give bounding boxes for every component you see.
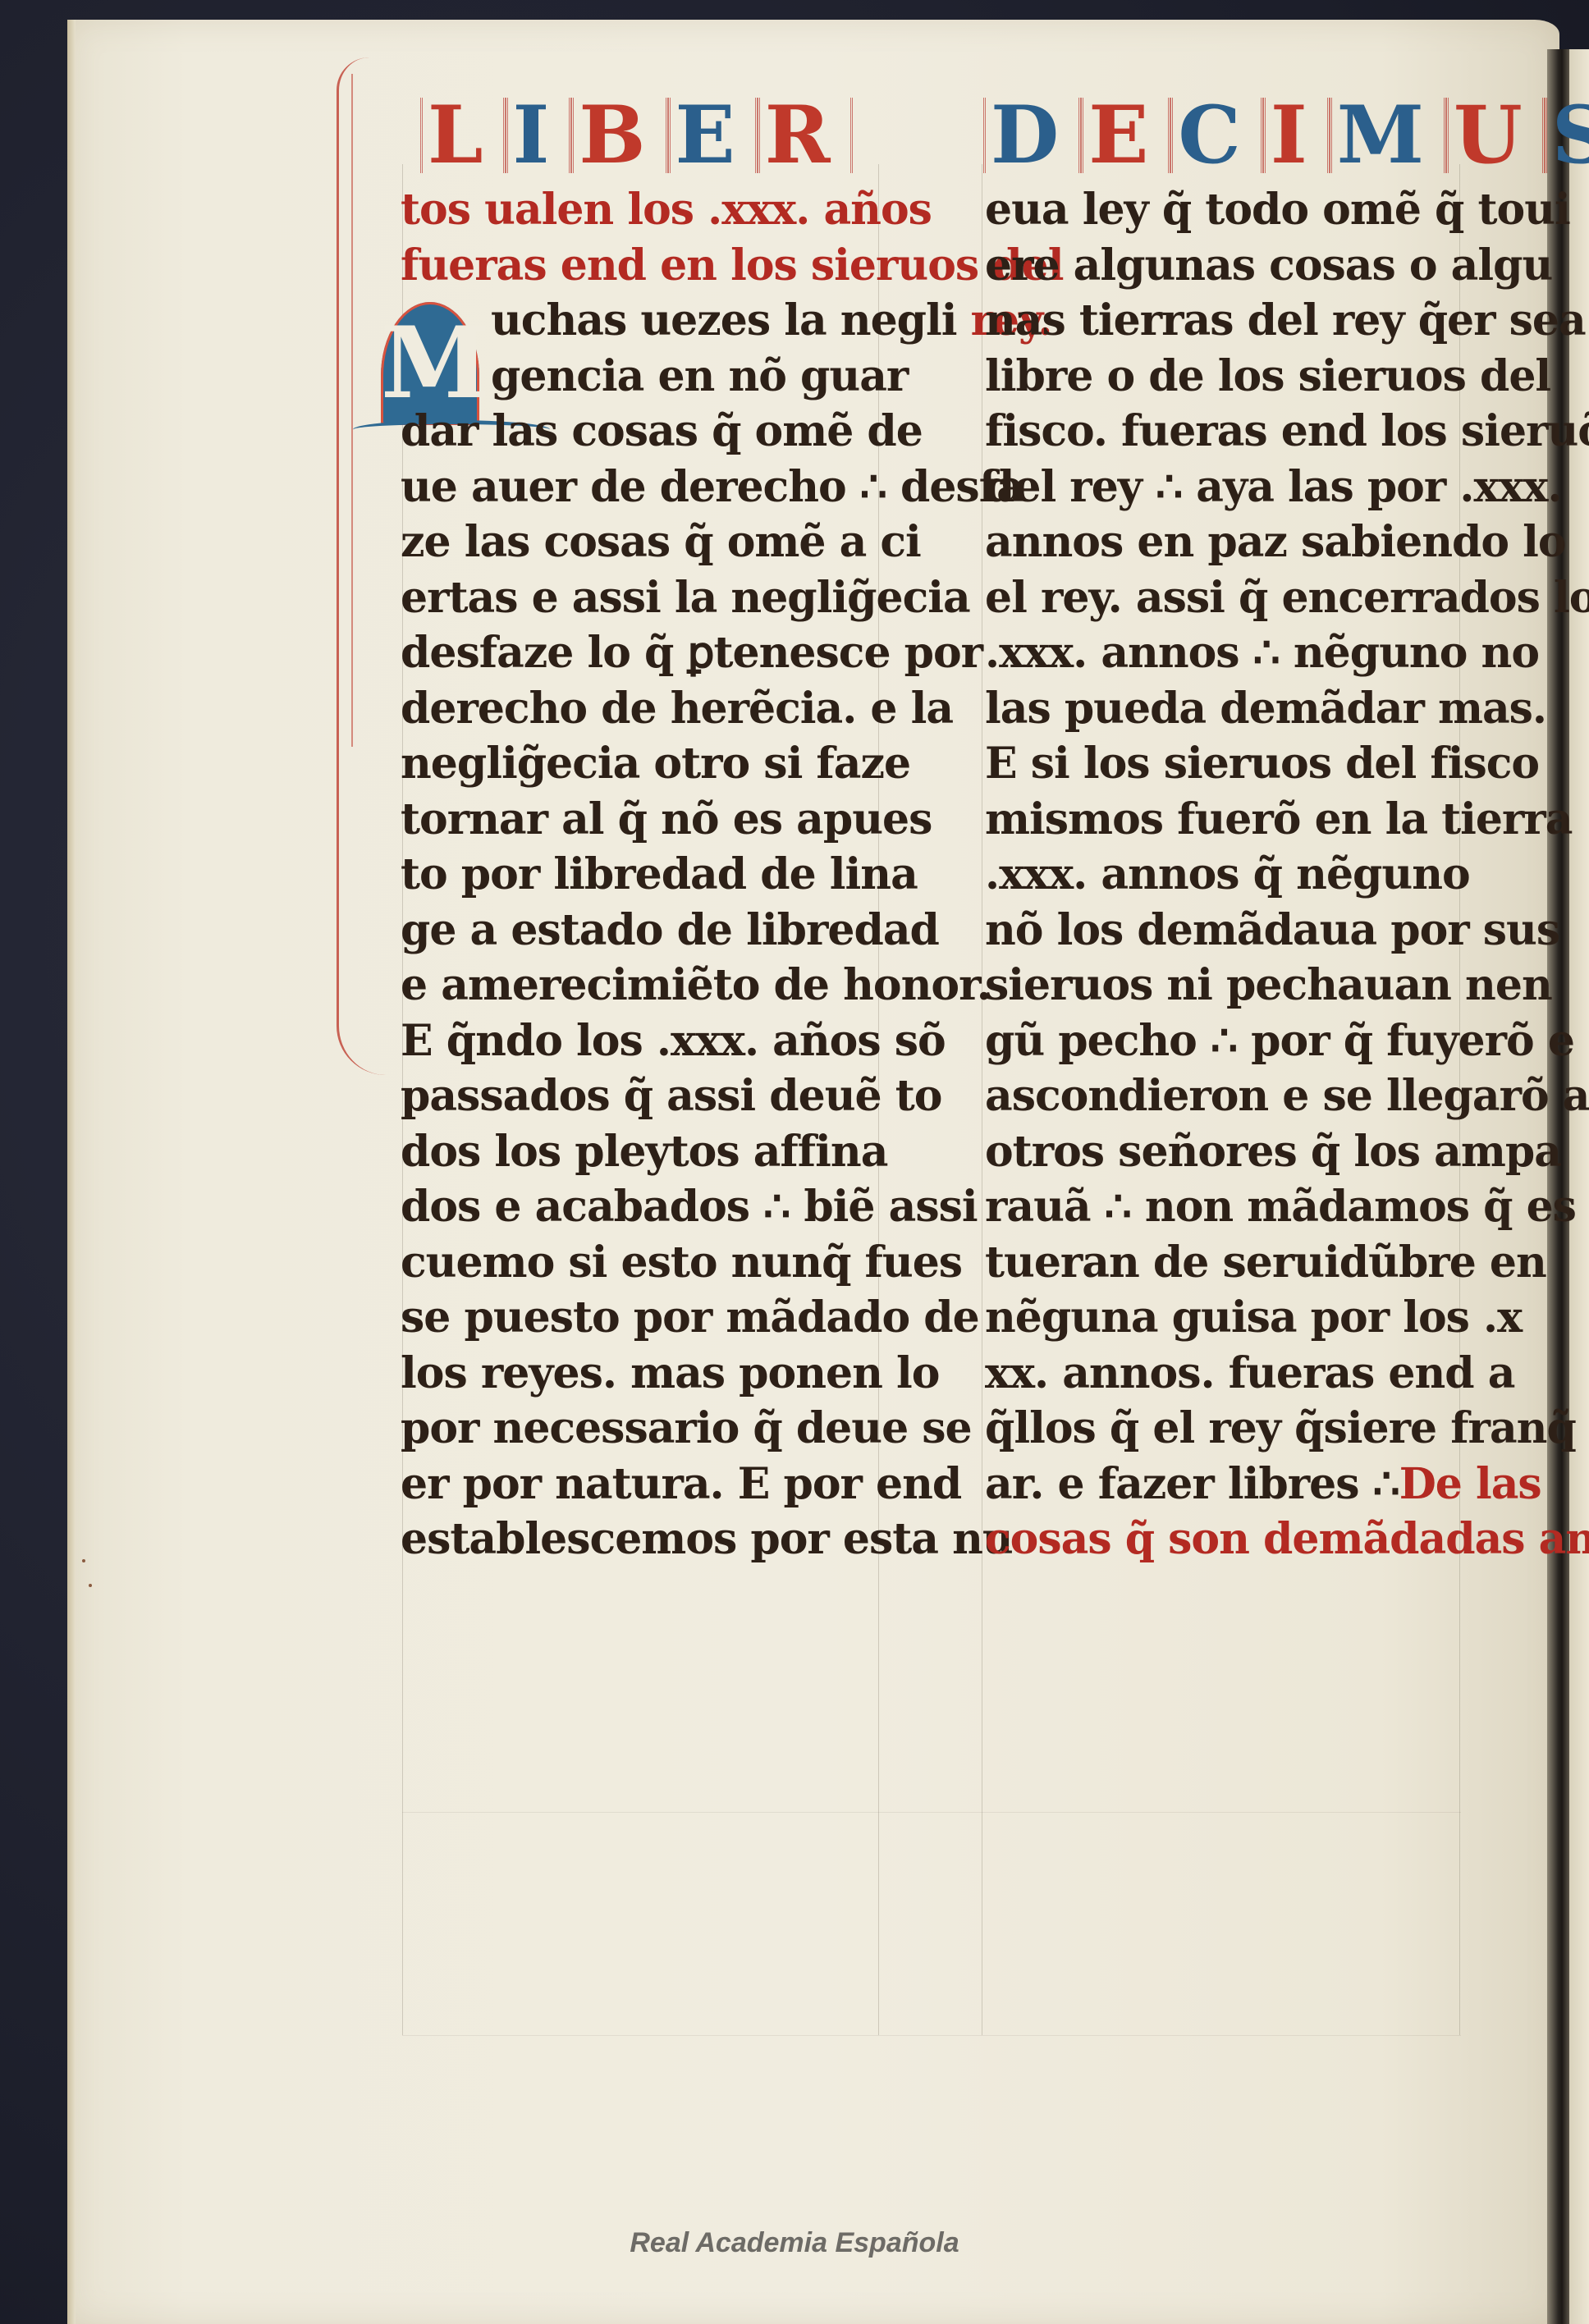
text-line: otros señores q̃ los ampa <box>985 1124 1469 1180</box>
text-line: uchas uezes la negli rey. <box>401 293 893 349</box>
heading-letter: S <box>1545 98 1589 173</box>
heading-letter: R <box>758 98 853 173</box>
heading-letter: U <box>1446 98 1545 173</box>
heading-letter: M <box>1330 98 1446 173</box>
text-line: nas tierras del rey q̃er sea <box>985 293 1469 349</box>
text-line: gũ pecho ∴ por q̃ fuyerõ e se <box>985 1013 1469 1069</box>
text-line: ertas e assi la neglig̃ecia <box>401 570 893 626</box>
text-line: derecho de herẽcia. e la <box>401 681 893 737</box>
rubric-segment: De las <box>1399 1459 1541 1509</box>
text-line: eua ley q̃ todo omẽ q̃ toui <box>985 182 1469 238</box>
heading-letter: E <box>1081 98 1170 173</box>
ruling-line <box>402 2035 1461 2036</box>
text-line: las pueda demãdar mas. <box>985 681 1469 737</box>
text-line: tueran de seruidũbre en <box>985 1235 1469 1291</box>
text-line: se puesto por mãdado de <box>401 1290 893 1346</box>
text-line: tos ualen los .xxx. años <box>401 182 893 238</box>
text-line: E si los sieruos del fisco <box>985 736 1469 792</box>
text-line: fisco. fueras end los sieruõ <box>985 404 1469 460</box>
text-line: .xxx. annos ∴ nẽguno no <box>985 625 1469 681</box>
text-line: dos e acabados ∴ biẽ assi <box>401 1179 893 1235</box>
heading-letter: E <box>668 98 758 173</box>
ruling-line <box>982 164 982 2035</box>
text-line: .xxx. annos q̃ nẽguno <box>985 847 1469 903</box>
text-line: xx. annos. fueras end a <box>985 1346 1469 1402</box>
text-line: q̃llos q̃ el rey q̃siere franq̃ <box>985 1401 1469 1457</box>
margin-speck <box>82 1559 85 1562</box>
text-line: annos en paz sabiendo lo <box>985 515 1469 570</box>
text-line: dos los pleytos affina <box>401 1124 893 1180</box>
heading-letter: I <box>1263 98 1330 173</box>
text-line: desfaze lo q̃ ꝑtenesce por <box>401 625 893 681</box>
text-line: ascondieron e se llegarõ a <box>985 1068 1469 1124</box>
text-line: libre o de los sieruos del <box>985 349 1469 405</box>
heading-letter: B <box>571 98 667 173</box>
text-line: e amerecimiẽto de honor. <box>401 958 893 1013</box>
margin-speck <box>89 1584 92 1587</box>
text-line: nẽguna guisa por los .x <box>985 1290 1469 1346</box>
text-line: passados q̃ assi deuẽ to <box>401 1068 893 1124</box>
text-line: cosas q̃ son demãdadas an <box>985 1512 1469 1567</box>
text-segment: uchas uezes la negli <box>491 295 957 345</box>
text-line: ge a estado de libredad <box>401 903 893 958</box>
text-line: por necessario q̃ deue se <box>401 1401 893 1457</box>
heading-letter: C <box>1170 98 1262 173</box>
text-column-right: eua ley q̃ todo omẽ q̃ toui ere algunas … <box>985 182 1469 1567</box>
text-segment: ar. e fazer libres ∴ <box>985 1459 1399 1509</box>
text-line: fueras end en los sieruos del <box>401 238 893 294</box>
text-line: er por natura. E por end <box>401 1457 893 1512</box>
text-line: rauã ∴ non mãdamos q̃ es <box>985 1179 1469 1235</box>
text-column-left: tos ualen los .xxx. años fueras end en l… <box>401 182 893 1567</box>
text-line: establescemos por esta nu <box>401 1512 893 1567</box>
text-line: mismos fuerõ en la tierra <box>985 792 1469 848</box>
watermark: Real Academia Española <box>0 2227 1589 2259</box>
text-line: dar las cosas q̃ omẽ de <box>401 404 893 460</box>
running-heading-right: D E C I M U S <box>983 90 1589 181</box>
heading-letter: I <box>506 98 572 173</box>
text-line: los reyes. mas ponen lo <box>401 1346 893 1402</box>
text-line: ar. e fazer libres ∴De las <box>985 1457 1469 1512</box>
text-line: tornar al q̃ nõ es apues <box>401 792 893 848</box>
text-line: neglig̃ecia otro si faze <box>401 736 893 792</box>
running-heading-left: L I B E R <box>420 90 853 181</box>
text-line: ue auer de derecho ∴ desfa <box>401 460 893 515</box>
text-line: E q̃ndo los .xxx. años sõ <box>401 1013 893 1069</box>
heading-letter: L <box>420 98 506 173</box>
text-line: ze las cosas q̃ omẽ a ci <box>401 515 893 570</box>
text-line: del rey ∴ aya las por .xxx. <box>985 460 1469 515</box>
text-line: gencia en nõ guar <box>401 349 893 405</box>
text-line: nõ los demãdaua por sus <box>985 903 1469 958</box>
ruling-line <box>402 1812 1461 1813</box>
text-line: el rey. assi q̃ encerrados los <box>985 570 1469 626</box>
text-line: sieruos ni pechauan nen <box>985 958 1469 1013</box>
text-line: cuemo si esto nunq̃ fues <box>401 1235 893 1291</box>
heading-letter: D <box>983 98 1081 173</box>
text-line: ere algunas cosas o algu <box>985 238 1469 294</box>
text-line: to por libredad de lina <box>401 847 893 903</box>
